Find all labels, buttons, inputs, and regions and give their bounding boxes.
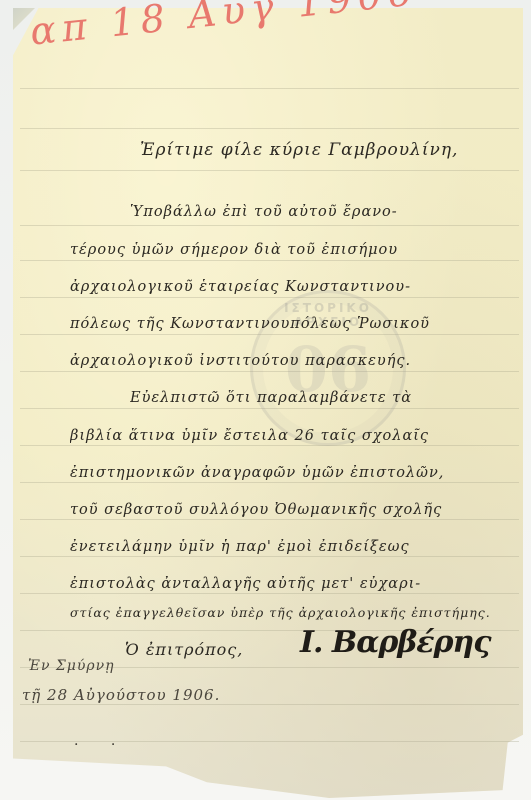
- body-line: ἐπιστημονικῶν ἀναγραφῶν ὑμῶν ἐπιστολῶν,: [70, 465, 525, 481]
- ruled-line: [20, 170, 519, 171]
- body-line: τέρους ὑμῶν σήμερον διὰ τοῦ ἐπισήμου: [70, 242, 525, 258]
- ruled-line: [20, 297, 519, 298]
- body-line: βιβλία ἅτινα ὑμῖν ἔστειλα 26 ταῖς σχολαῖ…: [70, 428, 525, 444]
- ruled-line: [20, 88, 519, 89]
- body-line: τοῦ σεβαστοῦ συλλόγου Ὀθωμανικῆς σχολῆς: [70, 502, 525, 518]
- signature: Ι. Βαρβέρης: [300, 625, 491, 660]
- ruled-line: [20, 260, 519, 261]
- ruled-line: [20, 593, 519, 594]
- ruled-line: [20, 128, 519, 129]
- body-line: ἐπιστολὰς ἀνταλλαγῆς αὐτῆς μετ' εὐχαρι-: [70, 576, 525, 592]
- ruled-line: [20, 556, 519, 557]
- closing: Ὁ ἐπιτρόπος,: [125, 640, 243, 659]
- body-line: Εὐελπιστῶ ὅτι παραλαμβάνετε τὰ: [130, 390, 531, 406]
- ruled-line: [20, 225, 519, 226]
- place-line: Ἐν Σμύρνῃ: [28, 658, 115, 674]
- ruled-line: [20, 482, 519, 483]
- body-line: στίας ἐπαγγελθεῖσαν ὑπὲρ τῆς ἀρχαιολογικ…: [70, 605, 525, 620]
- footer-marks: . .: [74, 733, 129, 749]
- body-line: Ὑποβάλλω ἐπὶ τοῦ αὐτοῦ ἔρανο-: [130, 204, 531, 220]
- body-line: ἐνετειλάμην ὑμῖν ἡ παρ' ἐμοὶ ἐπιδείξεως: [70, 539, 525, 555]
- body-line: πόλεως τῆς Κωνσταντινουπόλεως Ῥωσικοῦ: [70, 316, 525, 332]
- date-line: τῇ 28 Αὐγούστου 1906.: [22, 686, 220, 704]
- salutation: Ἐρίτιμε φίλε κύριε Γαμβρουλίνη,: [140, 140, 458, 160]
- body-line: ἀρχαιολογικοῦ ἰνστιτούτου παρασκευής.: [70, 353, 525, 369]
- ruled-line: [20, 519, 519, 520]
- ruled-line: [20, 704, 519, 705]
- body-line: ἀρχαιολογικοῦ ἑταιρείας Κωνσταντινου-: [70, 279, 525, 295]
- ruled-line: [20, 445, 519, 446]
